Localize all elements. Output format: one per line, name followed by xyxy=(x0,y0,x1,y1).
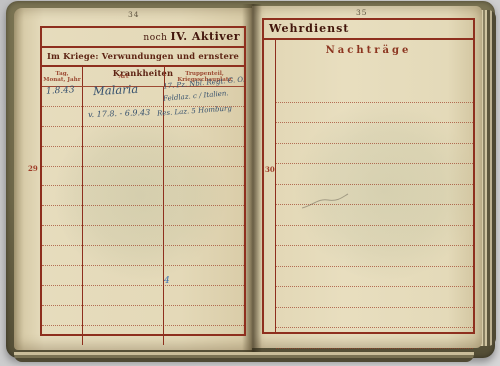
section-header-left: nochIV. Aktiver xyxy=(42,28,244,48)
ruled-line xyxy=(276,164,473,185)
subtitle-bold: Im Kriege: xyxy=(47,51,99,61)
table-row xyxy=(42,127,244,147)
pencil-squiggle xyxy=(300,192,350,212)
ruled-line xyxy=(276,308,473,329)
subtitle-row: Im Kriege: Verwundungen und ernstere Kra… xyxy=(42,48,244,67)
handwriting-date-1: 1.8.43 xyxy=(46,85,75,96)
ruled-line xyxy=(276,82,473,103)
section-header-right: Wehrdienst xyxy=(264,20,473,40)
page-stack-edge-bottom xyxy=(14,352,474,362)
margin-sheet-number-left: 29 xyxy=(28,164,38,173)
ruled-line xyxy=(276,246,473,267)
left-page-frame: nochIV. Aktiver Im Kriege: Verwundungen … xyxy=(40,26,246,336)
table-row xyxy=(42,206,244,226)
right-page-frame: Wehrdienst Nachträge xyxy=(262,18,475,334)
table-row xyxy=(42,306,244,326)
page-stack-edge-right xyxy=(480,10,496,346)
table-row xyxy=(42,226,244,246)
nachtraege-area: Nachträge xyxy=(264,40,473,333)
column-header-date: Tag, Monat, Jahr xyxy=(42,67,83,86)
entries-table-body xyxy=(42,87,244,345)
handwriting-stray-mark: 4 xyxy=(164,276,170,286)
section-header-prefix: noch xyxy=(143,33,167,43)
table-row xyxy=(42,186,244,206)
page-number-right: 35 xyxy=(356,8,368,17)
table-row xyxy=(42,167,244,187)
ruled-line xyxy=(276,103,473,124)
ruled-line xyxy=(276,328,473,349)
table-row xyxy=(42,266,244,286)
table-row xyxy=(42,286,244,306)
ruled-line xyxy=(276,123,473,144)
table-row xyxy=(42,326,244,345)
section-header-title: IV. Aktiver xyxy=(170,30,240,43)
ruled-line xyxy=(276,267,473,288)
page-number-left: 34 xyxy=(128,10,140,19)
handwriting-illness: Malaria xyxy=(93,82,139,98)
column-divider-2 xyxy=(163,87,164,345)
table-row xyxy=(42,246,244,266)
nachtraege-lines xyxy=(276,82,473,349)
ruled-line xyxy=(276,226,473,247)
ruled-line xyxy=(276,287,473,308)
document-photo: 34 nochIV. Aktiver Im Kriege: Verwundung… xyxy=(0,0,500,366)
margin-sheet-number-right: 30 xyxy=(265,165,275,174)
nachtraege-title: Nachträge xyxy=(264,45,473,56)
column-divider-1 xyxy=(82,87,83,345)
ruled-line xyxy=(276,144,473,165)
table-row xyxy=(42,147,244,167)
